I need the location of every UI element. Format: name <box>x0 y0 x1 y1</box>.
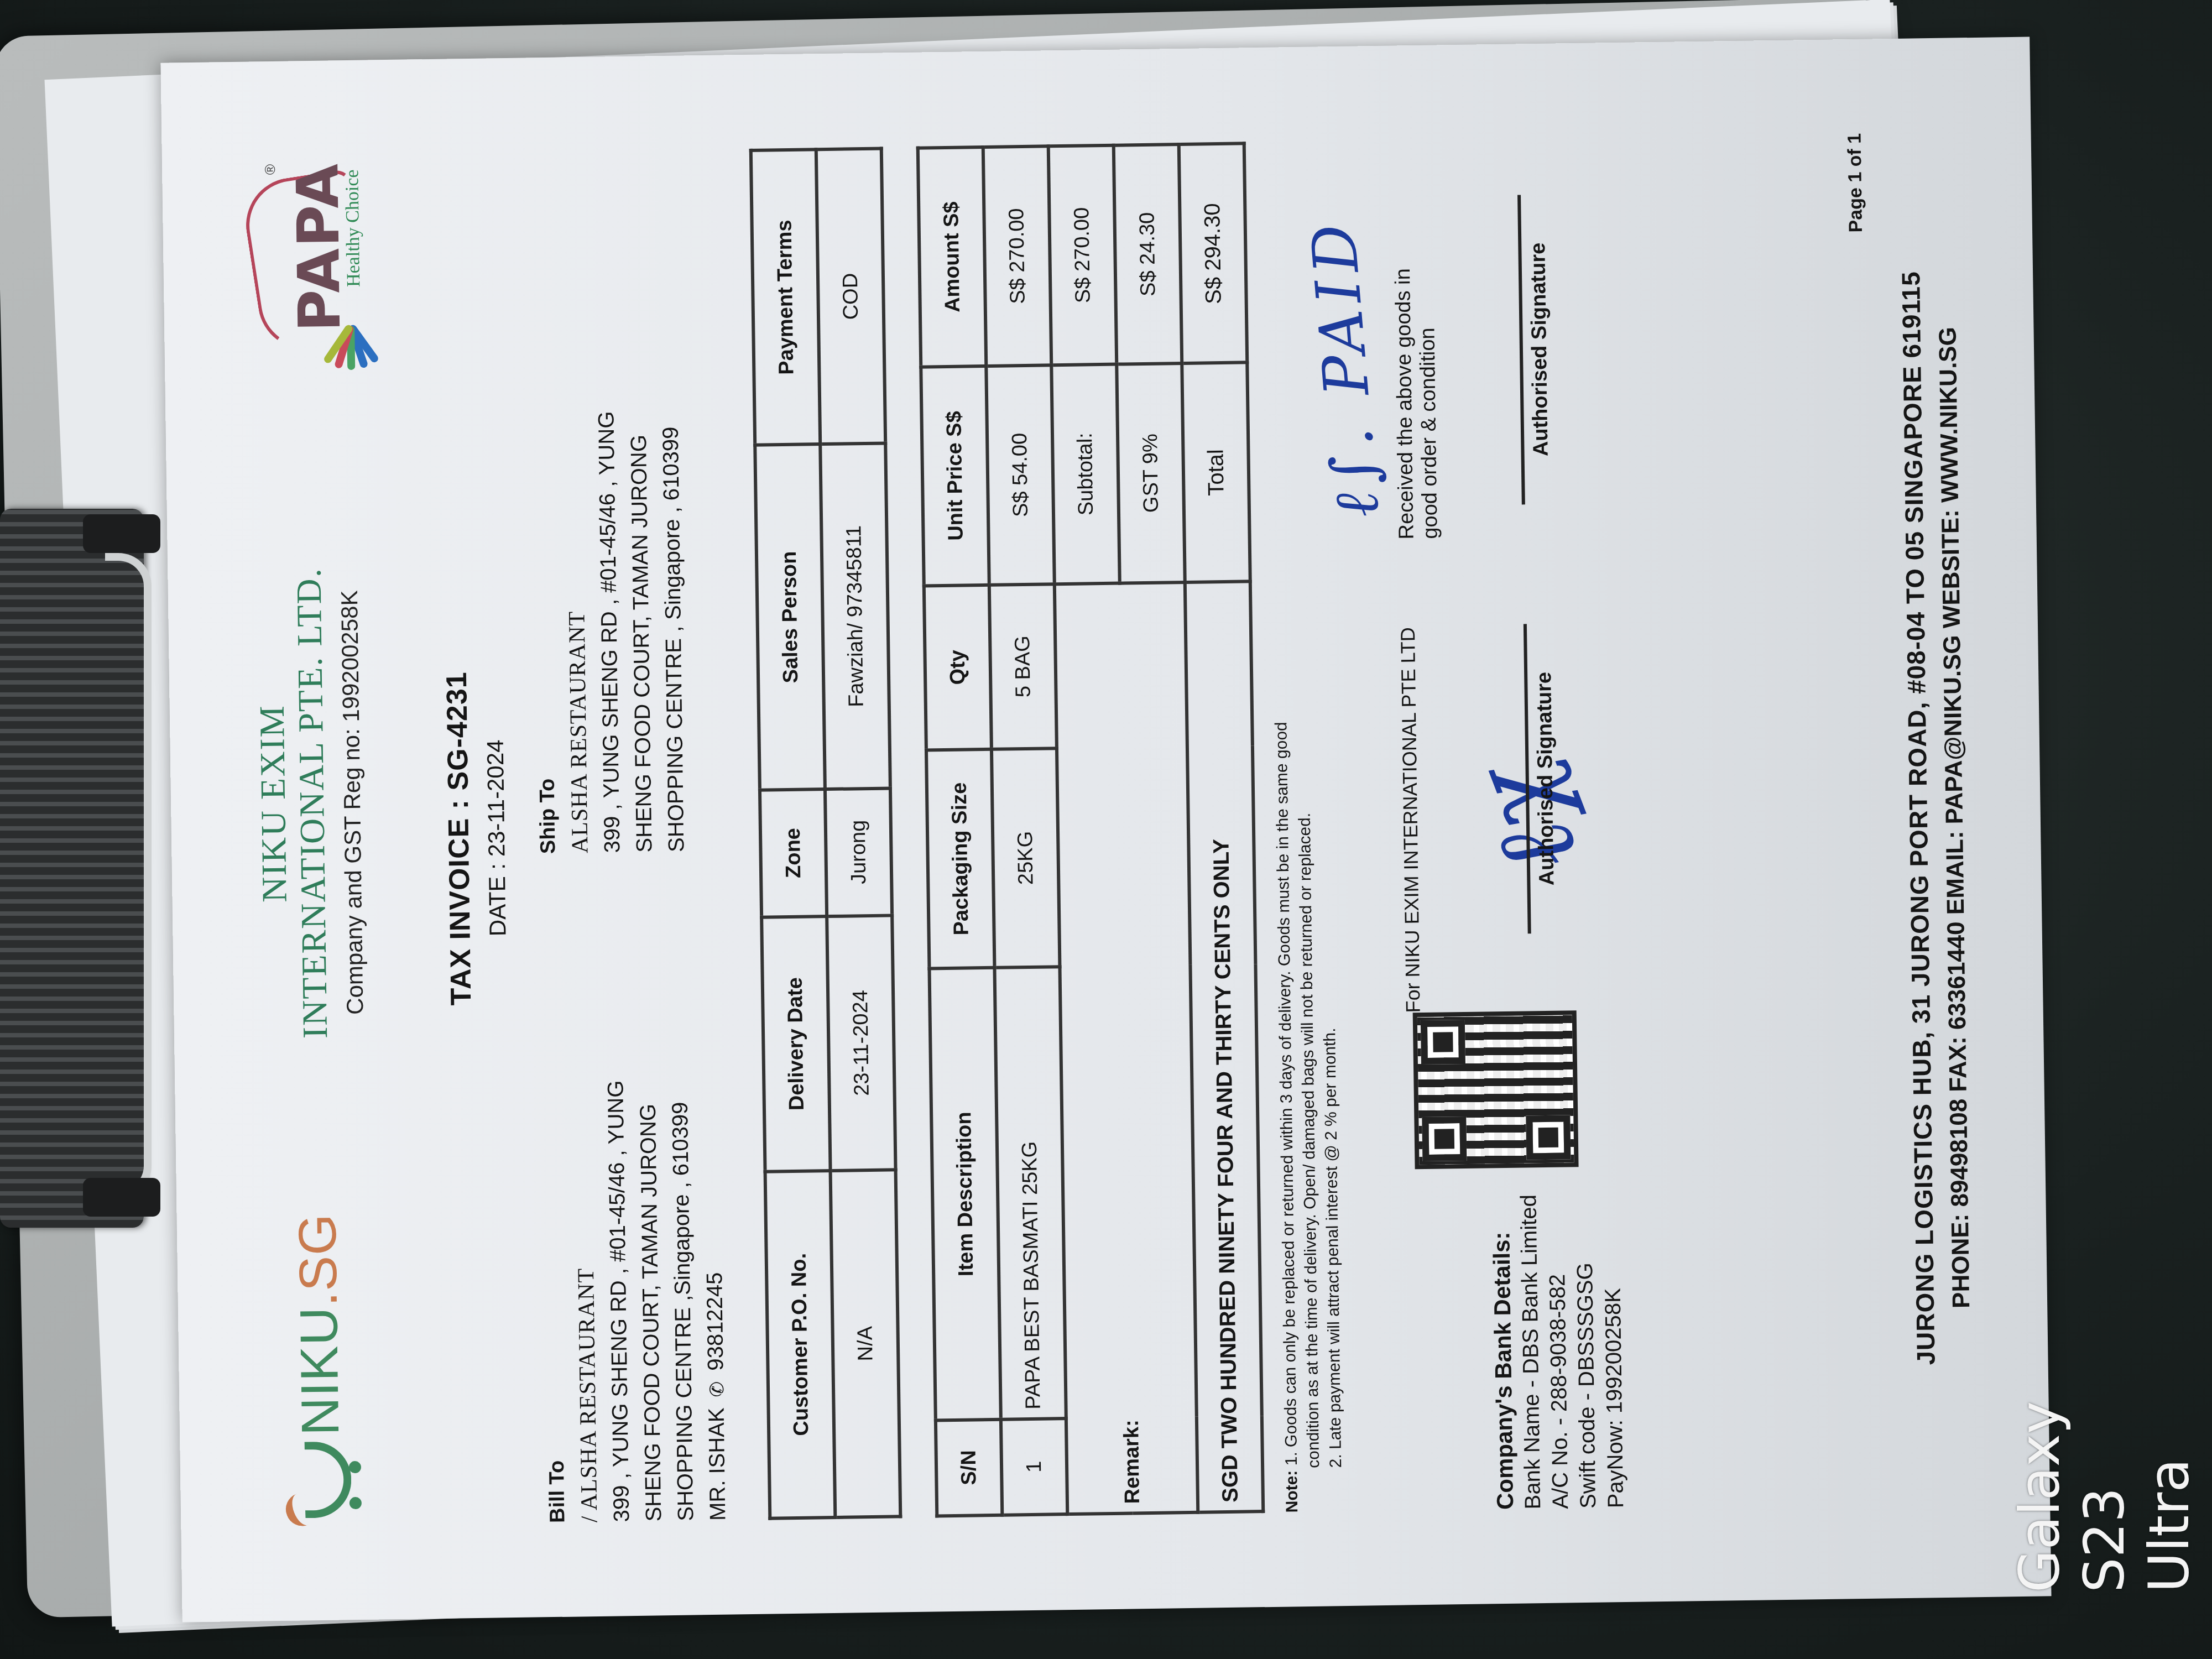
item-packaging-size: 25KG <box>992 748 1060 968</box>
remark-label: Remark: <box>1055 582 1198 1514</box>
bank-paynow: PayNow: 199200258K <box>1598 1166 1630 1509</box>
contact-name: MR. ISHAK <box>705 1407 731 1521</box>
sales-person-value: Fawziah/ 97345811 <box>820 444 890 789</box>
company-block: NIKU EXIM INTERNATIONAL PTE. LTD. Compan… <box>251 567 369 1040</box>
receiver-signature-caption: Authorised Signature <box>1526 195 1554 505</box>
phone-icon: ✆ <box>701 1381 733 1397</box>
invoice-footer: Page 1 of 1 JURONG LOGISTICS HUB, 31 JUR… <box>1894 132 1979 1504</box>
header-zone: Zone <box>760 789 827 917</box>
zone-value: Jurong <box>825 788 892 916</box>
received-text-line2: good order & condition <box>1413 139 1443 540</box>
page-number: Page 1 of 1 <box>1844 133 1867 233</box>
clip-cap-bottom <box>83 1178 160 1217</box>
header-customer-po: Customer P.O. No. <box>765 1171 836 1519</box>
customer-po-value: N/A <box>831 1170 901 1517</box>
invoice-sheet: NIKU.SG NIKU EXIM INTERNATIONAL PTE. LTD… <box>160 37 2051 1623</box>
company-name-line2: INTERNATIONAL PTE. LTD. <box>289 567 335 1039</box>
signature-line <box>1517 195 1525 504</box>
header-qty: Qty <box>924 585 992 750</box>
niku-logo-text: NIKU.SG <box>288 1213 352 1436</box>
addresses: Bill To / ALSHA RESTAURANT 399 , YUNG SH… <box>523 149 735 1524</box>
gst-label: GST 9% <box>1117 363 1185 583</box>
order-info-table: Customer P.O. No. Delivery Date Zone Sal… <box>749 147 902 1520</box>
leaves-icon <box>325 326 369 382</box>
bank-account-number: A/C No. - 288-9038-582 <box>1542 1167 1575 1509</box>
company-name-line1: NIKU EXIM <box>251 568 296 1040</box>
company-registration: Company and GST Reg no: 199200258K <box>336 567 369 1038</box>
paynow-qr-code <box>1413 1010 1579 1168</box>
camera-watermark: Galaxy S23 Ultra <box>2007 1388 2201 1593</box>
signature-area: Company's Bank Details: Bank Name - DBS … <box>1390 136 1663 1511</box>
niku-logo: NIKU.SG <box>276 1213 364 1527</box>
papa-tagline: Healthy Choice <box>342 169 364 287</box>
item-description: PAPA BEST BASMATI 25KG <box>994 967 1066 1420</box>
notes-label: Note: <box>1282 1470 1301 1513</box>
header-delivery-date: Delivery Date <box>761 916 830 1172</box>
total-label: Total <box>1182 362 1250 582</box>
gst-value: S$ 24.30 <box>1114 144 1182 364</box>
subtotal-value: S$ 270.00 <box>1048 145 1117 365</box>
invoice-header: NIKU.SG NIKU EXIM INTERNATIONAL PTE. LTD… <box>239 153 441 1527</box>
delivery-date-value: 23-11-2024 <box>827 915 895 1171</box>
subtotal-label: Subtotal: <box>1051 364 1120 584</box>
amount-in-words: SGD TWO HUNDRED NINETY FOUR AND THIRTY C… <box>1185 581 1263 1512</box>
bill-to: Bill To / ALSHA RESTAURANT 399 , YUNG SH… <box>533 885 735 1524</box>
header-payment-terms: Payment Terms <box>751 149 820 445</box>
item-amount: S$ 270.00 <box>983 146 1052 366</box>
bank-swift-code: Swift code - DBSSSGSG <box>1570 1166 1603 1509</box>
header-unit-price: Unit Price S$ <box>921 366 989 586</box>
company-signature-for: For NIKU EXIM INTERNATIONAL PTE LTD <box>1395 539 1425 1013</box>
invoice-title-block: TAX INVOICE : SG-4231 DATE : 23-11-2024 <box>433 152 520 1524</box>
papa-logo: PAPA ® Healthy Choice <box>245 154 375 393</box>
company-signature-block: For NIKU EXIM INTERNATIONAL PTE LTD ℓχ A… <box>1395 536 1656 1013</box>
header-packaging-size: Packaging Size <box>926 749 995 968</box>
header-sales-person: Sales Person <box>755 445 825 790</box>
clip-cap-top <box>83 514 160 553</box>
total-value: S$ 294.30 <box>1179 143 1248 363</box>
items-table: S/N Item Description Packaging Size Qty … <box>916 142 1265 1517</box>
receiver-signature-block: ℓ∫. PAID Received the above goods in goo… <box>1390 136 1650 539</box>
shopping-cart-icon <box>279 1443 363 1527</box>
payment-terms-value: COD <box>816 149 885 445</box>
header-item-description: Item Description <box>929 968 1000 1420</box>
ship-to: Ship To ALSHA RESTAURANT 399 , YUNG SHEN… <box>523 216 726 854</box>
registered-mark: ® <box>262 164 279 175</box>
bank-name: Bank Name - DBS Bank Limited <box>1515 1167 1547 1510</box>
header-sn: S/N <box>936 1420 1002 1516</box>
header-amount: Amount S$ <box>918 147 987 367</box>
clipboard-wire <box>105 553 152 1199</box>
item-unit-price: S$ 54.00 <box>986 365 1055 585</box>
item-sn: 1 <box>1001 1418 1067 1515</box>
bank-details-title: Company's Bank Details: <box>1487 1167 1520 1510</box>
contact-phone: 93812245 <box>702 1272 728 1371</box>
company-signature-caption: Authorised Signature <box>1532 624 1560 934</box>
bank-details: Company's Bank Details: Bank Name - DBS … <box>1404 1166 1663 1511</box>
item-qty: 5 BAG <box>989 584 1057 749</box>
